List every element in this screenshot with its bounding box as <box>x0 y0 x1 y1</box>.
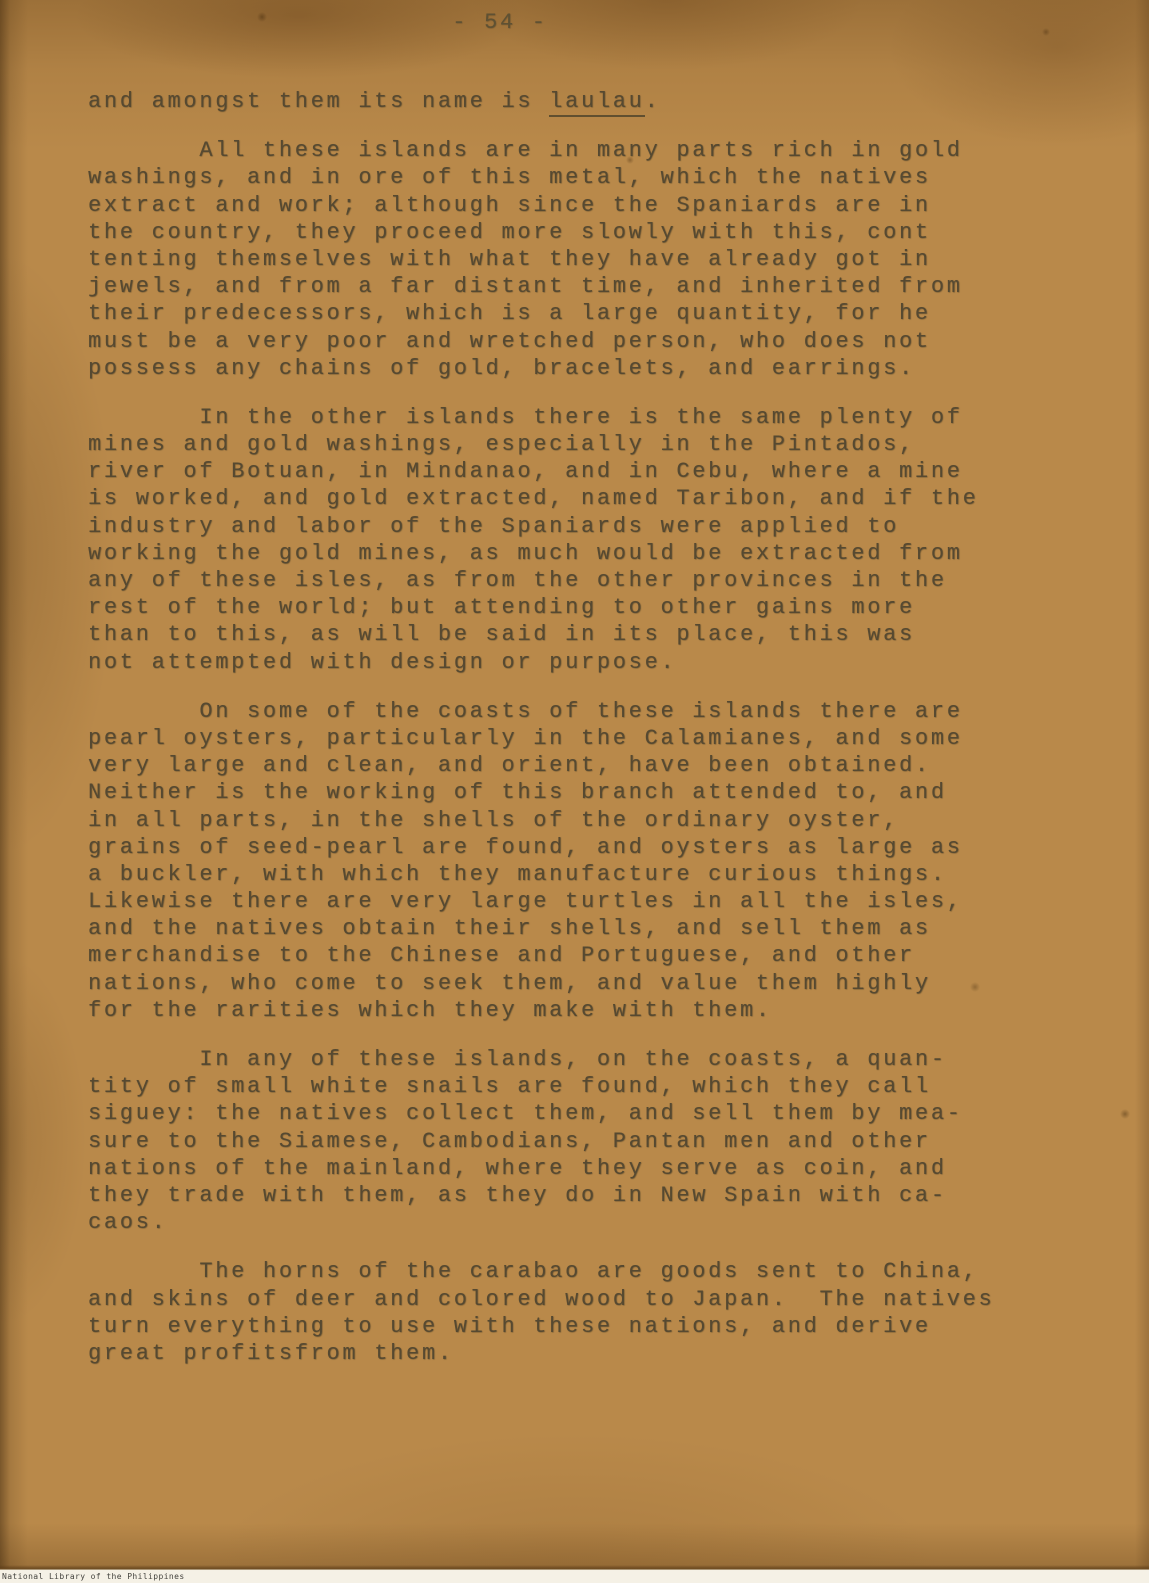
text-line: washings, and in ore of this metal, whic… <box>88 164 1068 191</box>
intro-suffix: . <box>645 89 661 114</box>
text-line: working the gold mines, as much would be… <box>88 540 1068 567</box>
text-line: the country, they proceed more slowly wi… <box>88 219 1068 246</box>
text-line: Neither is the working of this branch at… <box>88 779 1068 806</box>
text-line: industry and labor of the Spaniards were… <box>88 513 1068 540</box>
paragraph: On some of the coasts of these islands t… <box>88 698 1068 1024</box>
text-line: nations of the mainland, where they serv… <box>88 1155 1068 1182</box>
intro-prefix: and amongst them its name is <box>88 89 549 114</box>
scanned-page: - 54 - and amongst them its name is laul… <box>0 0 1149 1583</box>
text-line: they trade with them, as they do in New … <box>88 1182 1068 1209</box>
text-line: sure to the Siamese, Cambodians, Pantan … <box>88 1128 1068 1155</box>
text-line: must be a very poor and wretched person,… <box>88 328 1068 355</box>
text-line: any of these isles, as from the other pr… <box>88 567 1068 594</box>
text-line: The horns of the carabao are goods sent … <box>88 1258 1068 1285</box>
text-line: in all parts, in the shells of the ordin… <box>88 807 1068 834</box>
text-line: turn everything to use with these nation… <box>88 1313 1068 1340</box>
text-line: pearl oysters, particularly in the Calam… <box>88 725 1068 752</box>
text-line: possess any chains of gold, bracelets, a… <box>88 355 1068 382</box>
paragraph: The horns of the carabao are goods sent … <box>88 1258 1068 1367</box>
text-line: tity of small white snails are found, wh… <box>88 1073 1068 1100</box>
text-line: nations, who come to seek them, and valu… <box>88 970 1068 997</box>
text-line: jewels, and from a far distant time, and… <box>88 273 1068 300</box>
text-line: and amongst them its name is laulau. <box>88 88 1068 115</box>
text-line: is worked, and gold extracted, named Tar… <box>88 485 1068 512</box>
footer-bar: National Library of the Philippines <box>0 1570 1149 1583</box>
text-line: great profitsfrom them. <box>88 1340 1068 1367</box>
text-line: than to this, as will be said in its pla… <box>88 621 1068 648</box>
text-line: their predecessors, which is a large qua… <box>88 300 1068 327</box>
paragraph: In any of these islands, on the coasts, … <box>88 1046 1068 1236</box>
text-line: caos. <box>88 1209 1068 1236</box>
paragraph: In the other islands there is the same p… <box>88 404 1068 676</box>
document-text: and amongst them its name is laulau. All… <box>88 88 1068 1389</box>
text-line: In any of these islands, on the coasts, … <box>88 1046 1068 1073</box>
text-line: not attempted with design or purpose. <box>88 649 1068 676</box>
text-line: rest of the world; but attending to othe… <box>88 594 1068 621</box>
text-line: merchandise to the Chinese and Portugues… <box>88 942 1068 969</box>
library-watermark: National Library of the Philippines <box>0 1570 1149 1583</box>
text-line: In the other islands there is the same p… <box>88 404 1068 431</box>
text-line: a buckler, with which they manufacture c… <box>88 861 1068 888</box>
text-line: All these islands are in many parts rich… <box>88 137 1068 164</box>
intro-paragraph: and amongst them its name is laulau. <box>88 88 1068 115</box>
text-line: for the rarities which they make with th… <box>88 997 1068 1024</box>
text-line: mines and gold washings, especially in t… <box>88 431 1068 458</box>
text-line: tenting themselves with what they have a… <box>88 246 1068 273</box>
underlined-word: laulau <box>549 89 644 117</box>
text-line: and skins of deer and colored wood to Ja… <box>88 1286 1068 1313</box>
text-line: and the natives obtain their shells, and… <box>88 915 1068 942</box>
paragraph: All these islands are in many parts rich… <box>88 137 1068 382</box>
text-line: extract and work; although since the Spa… <box>88 192 1068 219</box>
text-line: river of Botuan, in Mindanao, and in Ceb… <box>88 458 1068 485</box>
page-number: - 54 - <box>0 10 1000 35</box>
text-line: very large and clean, and orient, have b… <box>88 752 1068 779</box>
text-line: Likewise there are very large turtles in… <box>88 888 1068 915</box>
text-line: grains of seed-pearl are found, and oyst… <box>88 834 1068 861</box>
text-line: On some of the coasts of these islands t… <box>88 698 1068 725</box>
text-line: siguey: the natives collect them, and se… <box>88 1100 1068 1127</box>
